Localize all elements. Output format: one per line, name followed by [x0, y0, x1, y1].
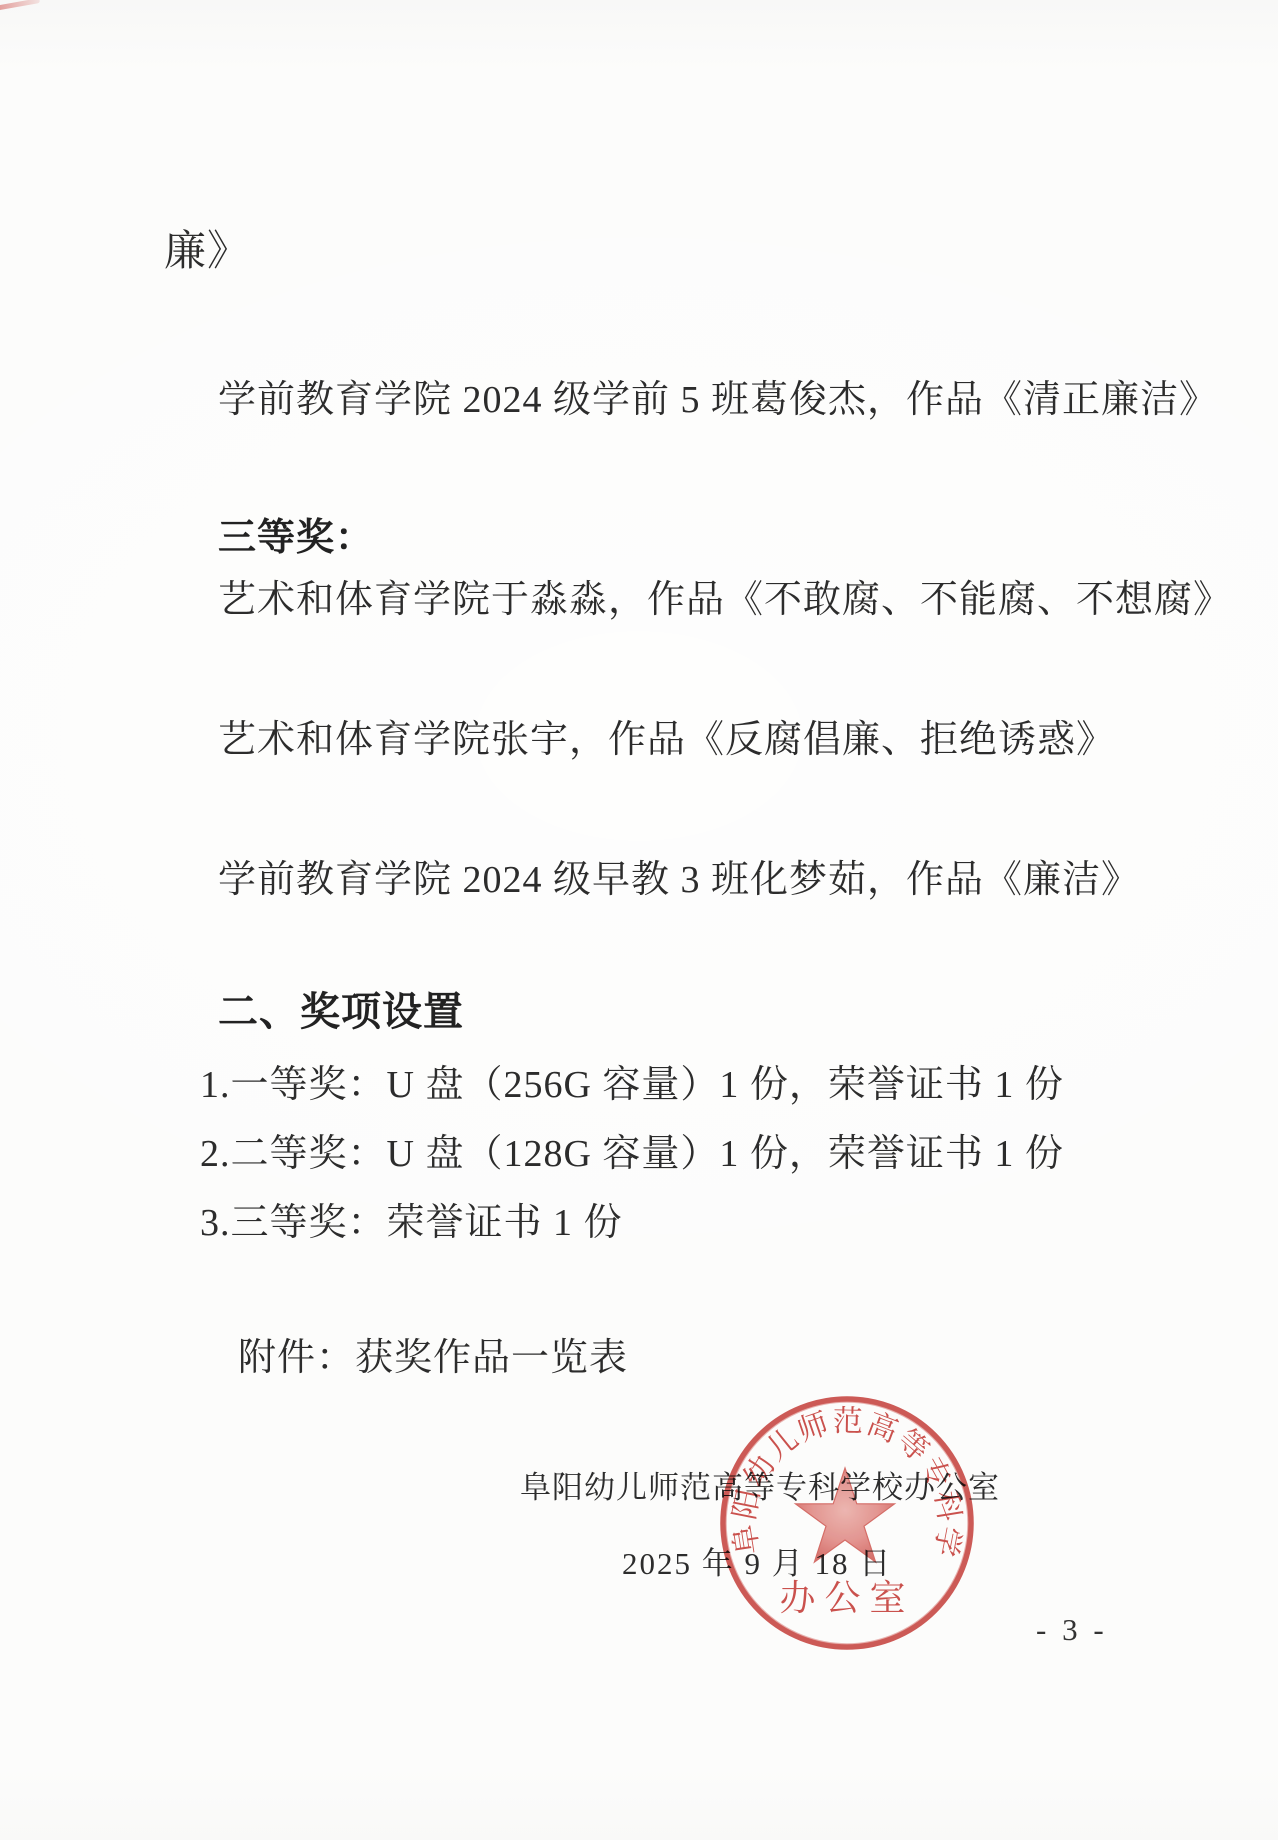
official-seal: 阜阳幼儿师范高等专科学校 办公室	[702, 1378, 1002, 1678]
award-item-3: 3.三等奖：荣誉证书 1 份	[200, 1191, 623, 1246]
document-page: 廉》 学前教育学院 2024 级学前 5 班葛俊杰，作品《清正廉洁》 三等奖： …	[0, 0, 1278, 1840]
red-corner-mark	[0, 0, 40, 11]
carryover-text: 廉》	[164, 218, 250, 278]
third-prize-winner-line-1: 艺术和体育学院于淼淼，作品《不敢腐、不能腐、不想腐》	[218, 568, 1232, 623]
attachment-line: 附件：获奖作品一览表	[238, 1326, 628, 1381]
award-item-2: 2.二等奖：U 盘（128G 容量）1 份，荣誉证书 1 份	[200, 1122, 1064, 1177]
seal-star-icon	[796, 1468, 895, 1562]
second-prize-winner-line: 学前教育学院 2024 级学前 5 班葛俊杰，作品《清正廉洁》	[218, 368, 1218, 423]
page-number: - 3 -	[1036, 1612, 1108, 1648]
seal-office-text: 办公室	[779, 1577, 914, 1618]
award-item-1: 1.一等奖：U 盘（256G 容量）1 份，荣誉证书 1 份	[200, 1053, 1064, 1108]
third-prize-winner-line-3: 学前教育学院 2024 级早教 3 班化梦茹，作品《廉洁》	[218, 848, 1140, 903]
awards-section-heading: 二、奖项设置	[218, 980, 464, 1037]
third-prize-winner-line-2: 艺术和体育学院张宇，作品《反腐倡廉、拒绝诱惑》	[218, 708, 1115, 763]
third-prize-heading: 三等奖：	[218, 506, 374, 561]
